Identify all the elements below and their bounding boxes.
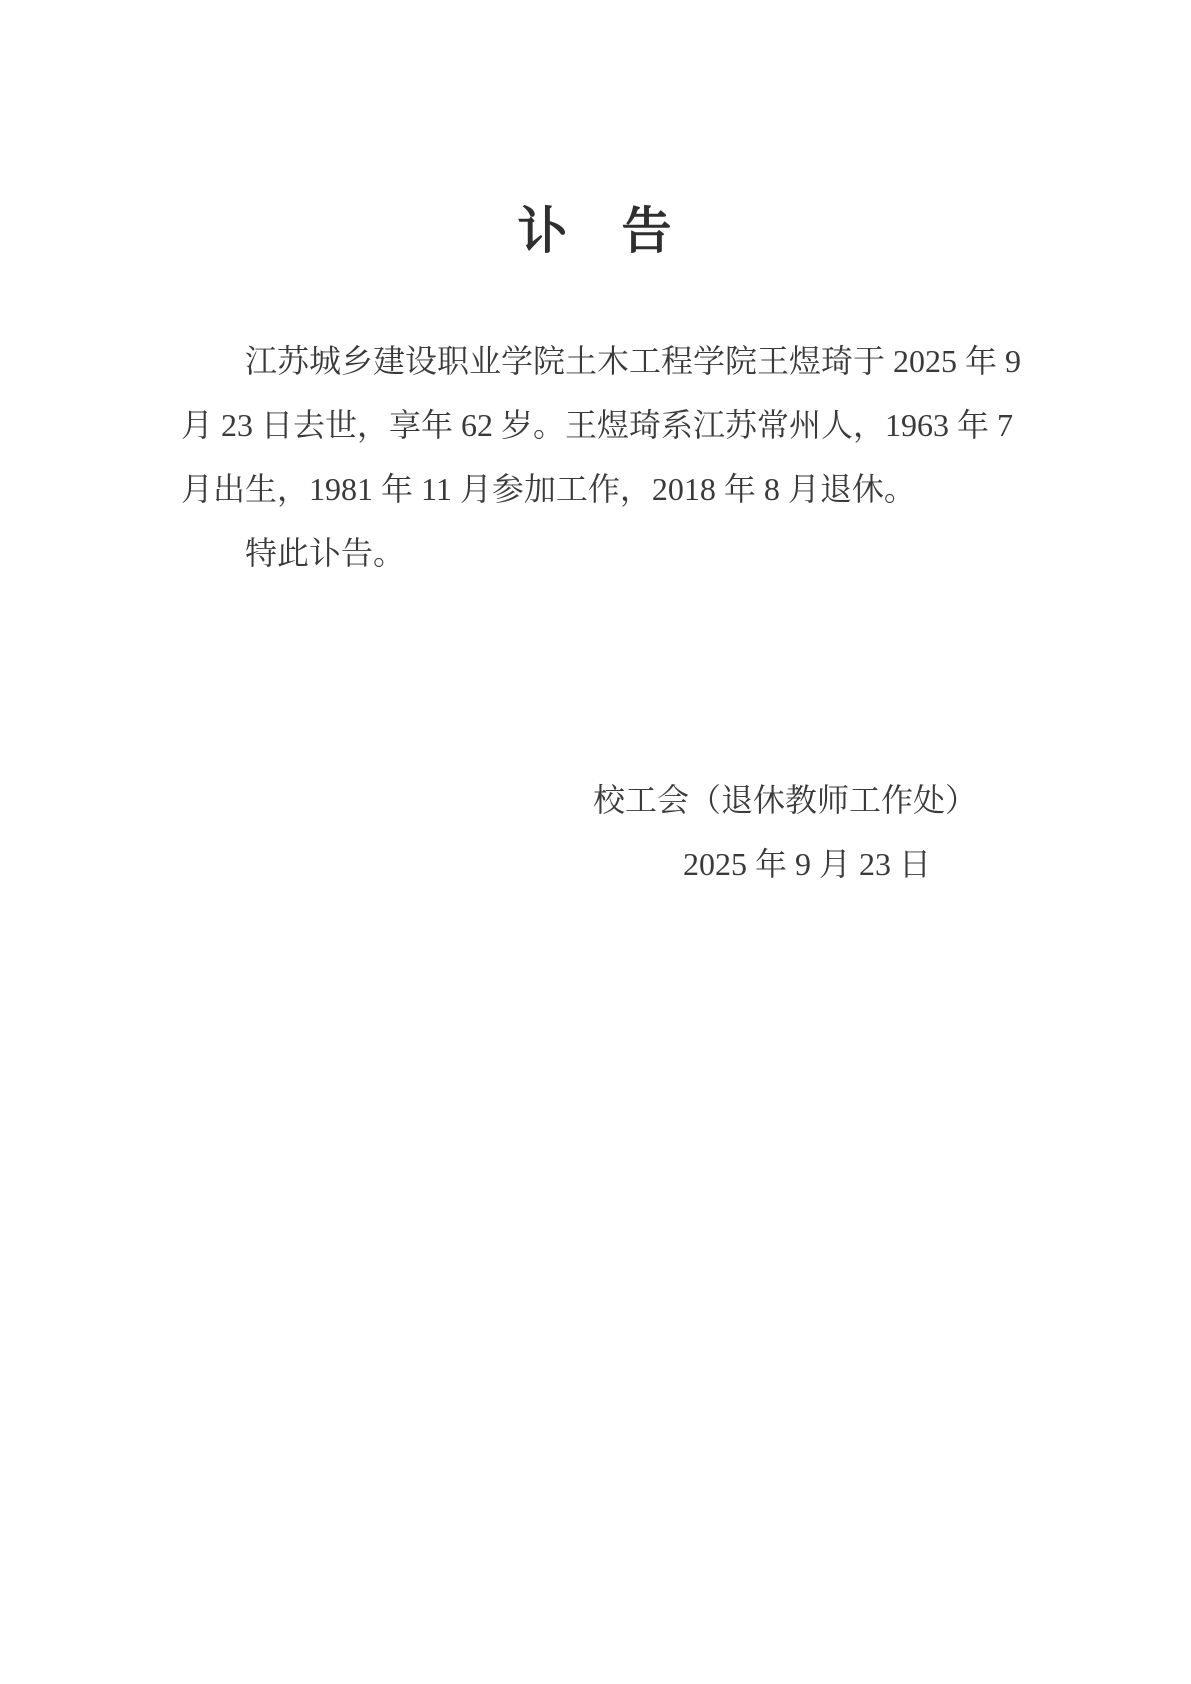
closing-block: 校工会（退休教师工作处） 2025 年 9 月 23 日 [181,768,1011,896]
body-line-2: 月 23 日去世，享年 62 岁。王煜琦系江苏常州人，1963 年 7 [181,393,1011,457]
document-page: 讣 告 江苏城乡建设职业学院土木工程学院王煜琦于 2025 年 9 月 23 日… [0,0,1191,1684]
signature-line: 校工会（退休教师工作处） [181,768,1011,832]
body-paragraph: 江苏城乡建设职业学院土木工程学院王煜琦于 2025 年 9 月 23 日去世，享… [181,329,1011,585]
body-line-3: 月出生，1981 年 11 月参加工作，2018 年 8 月退休。 [181,457,1011,521]
body-line-4: 特此讣告。 [181,521,1011,585]
page-title: 讣 告 [0,203,1191,259]
date-line: 2025 年 9 月 23 日 [181,832,1011,896]
body-line-1: 江苏城乡建设职业学院土木工程学院王煜琦于 2025 年 9 [181,329,1011,393]
